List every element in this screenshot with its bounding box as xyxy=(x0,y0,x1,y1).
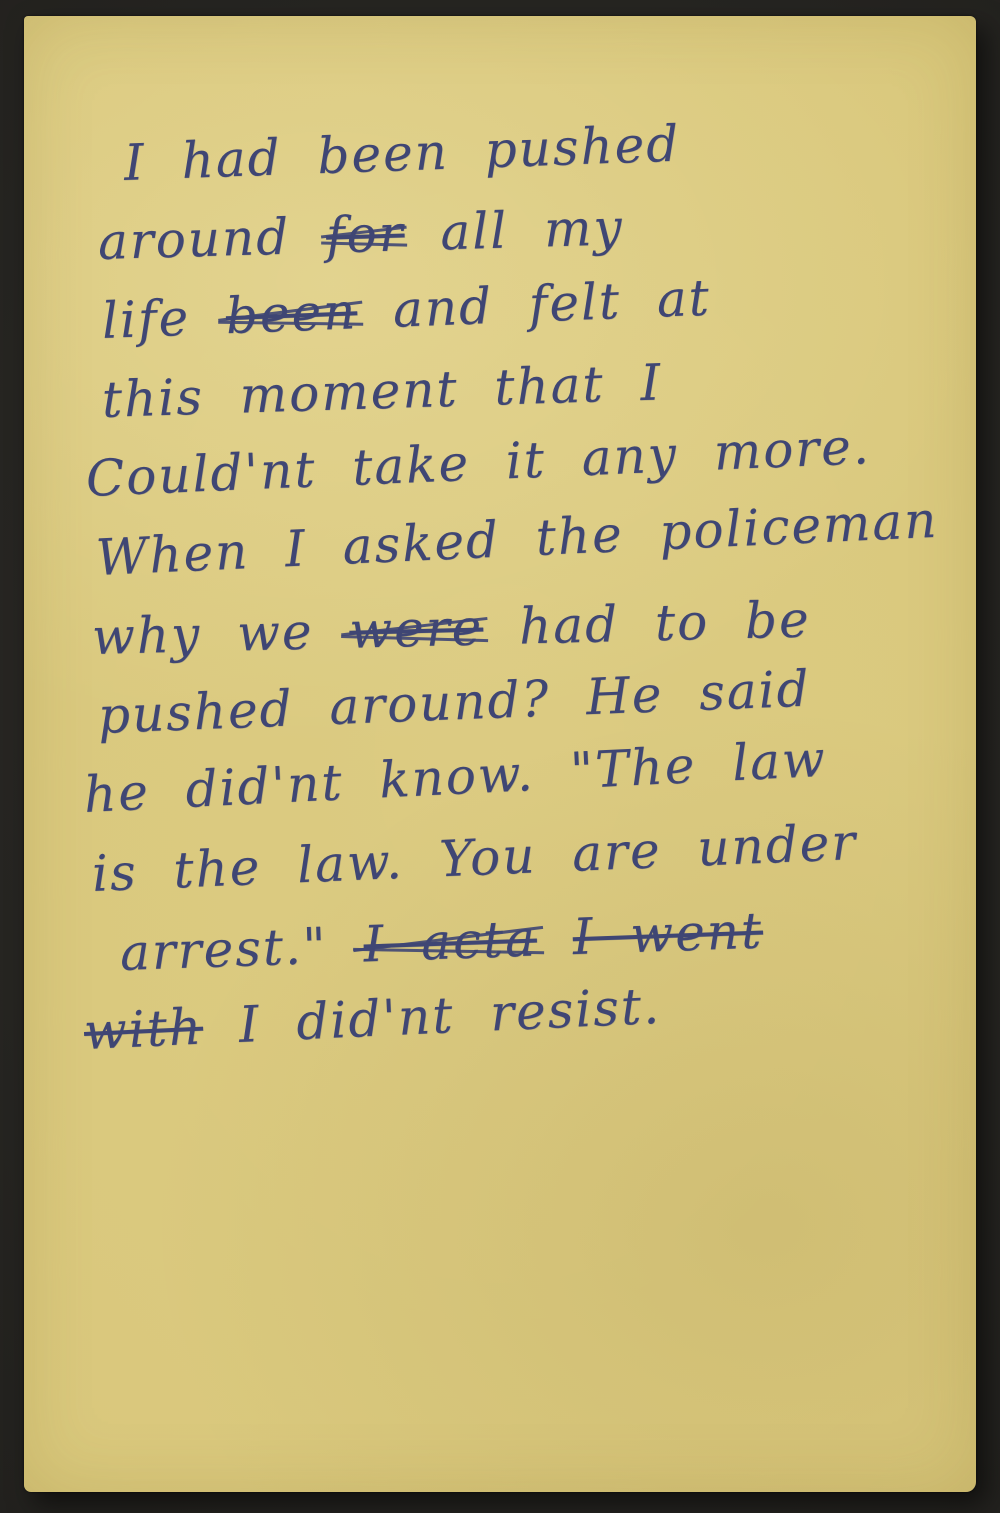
word-segment: this moment that I xyxy=(101,353,663,429)
word-segment: and felt at xyxy=(356,269,712,341)
struck-word: I acta xyxy=(362,899,538,984)
word-segment xyxy=(536,908,574,967)
word-segment: all my xyxy=(404,198,625,262)
struck-word: with xyxy=(82,988,205,1072)
word-segment: I did'nt resist. xyxy=(202,977,662,1056)
struck-word: were xyxy=(348,588,484,670)
word-segment: had to be xyxy=(482,590,811,656)
word-segment: around xyxy=(97,207,327,271)
manuscript-page: I had been pushedaround for all mylife b… xyxy=(24,16,976,1492)
word-segment: arrest." xyxy=(119,916,365,982)
struck-word: been xyxy=(224,272,358,356)
struck-word: for xyxy=(325,194,406,275)
word-segment: why we xyxy=(91,602,350,666)
word-segment: I had been pushed xyxy=(123,115,681,192)
photo-background: I had been pushedaround for all mylife b… xyxy=(0,0,1000,1513)
handwritten-text: I had been pushedaround for all mylife b… xyxy=(84,124,946,1072)
word-segment: life xyxy=(101,287,227,350)
